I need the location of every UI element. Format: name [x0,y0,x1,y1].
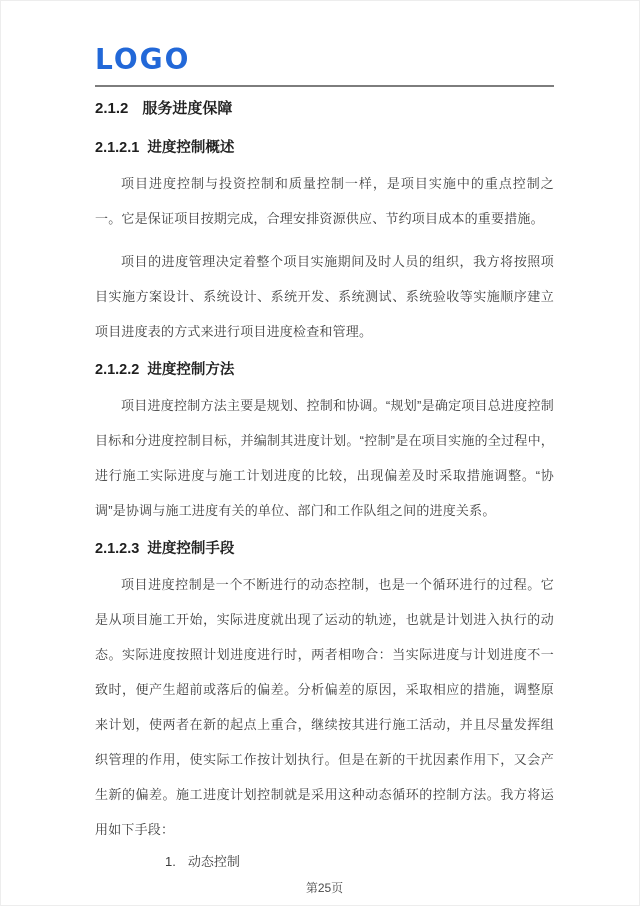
section-heading-main: 2.1.2服务进度保障 [95,99,554,119]
body-paragraph: 项目进度控制是一个不断进行的动态控制，也是一个循环进行的过程。它是从项目施工开始… [95,567,554,847]
list-item-number: 1. [165,854,176,869]
body-paragraph: 项目的进度管理决定着整个项目实施期间及时人员的组织，我方将按照项目实施方案设计、… [95,244,554,349]
page-number: 第25页 [95,879,554,896]
body-paragraph: 项目进度控制方法主要是规划、控制和协调。“规划”是确定项目总进度控制目标和分进度… [95,388,554,528]
subsection-title: 进度控制概述 [147,140,234,156]
section-title: 服务进度保障 [142,100,232,117]
section-number: 2.1.2 [95,100,128,117]
subsection-heading-2: 2.1.2.2进度控制方法 [95,361,554,380]
subsection-number: 2.1.2.3 [95,541,139,557]
subsection-number: 2.1.2.2 [95,362,139,378]
subsection-title: 进度控制手段 [147,541,234,557]
subsection-title: 进度控制方法 [147,362,234,378]
body-paragraph: 项目进度控制与投资控制和质量控制一样，是项目实施中的重点控制之一。它是保证项目按… [95,166,554,236]
header-divider [95,85,554,87]
subsection-heading-3: 2.1.2.3进度控制手段 [95,540,554,559]
document-page: LOGO 2.1.2服务进度保障 2.1.2.1进度控制概述 项目进度控制与投资… [0,0,640,906]
subsection-heading-1: 2.1.2.1进度控制概述 [95,139,554,158]
company-logo: LOGO [95,43,554,78]
subsection-number: 2.1.2.1 [95,140,139,156]
numbered-list-item: 1.动态控制 [165,847,554,877]
list-item-text: 动态控制 [188,854,240,869]
